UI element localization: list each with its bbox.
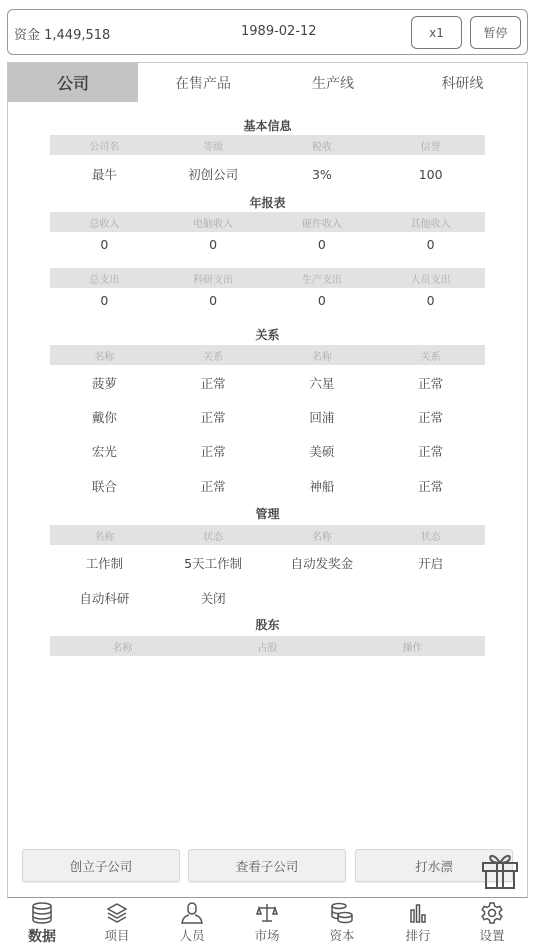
relations-header: 名称 关系 名称 关系 [50, 345, 485, 365]
coins-icon [330, 901, 354, 925]
tab-products-on-sale[interactable]: 在售产品 [138, 63, 268, 102]
person-icon [180, 901, 204, 925]
total-expense-value: 0 [50, 293, 159, 308]
header-hardware-income: 硬件收入 [268, 215, 377, 230]
tab-bar: 公司 在售产品 生产线 科研线 [8, 63, 527, 102]
relation-status: 正常 [376, 477, 485, 495]
table-row: 宏光 正常 美硕 正常 [50, 441, 485, 461]
nav-settings[interactable]: 设置 [462, 899, 522, 949]
relation-status: 正常 [376, 408, 485, 426]
header-tax: 税收 [268, 138, 377, 153]
table-row: 工作制 5天工作制 自动发奖金 开启 [50, 553, 485, 573]
status-bar: 资金 1,449,518 1989-02-12 x1 暂停 [7, 9, 528, 55]
nav-ranking-label: 排行 [388, 926, 448, 944]
nav-market[interactable]: 市场 [237, 899, 297, 949]
view-subsidiary-button[interactable]: 查看子公司 [188, 849, 346, 882]
nav-data-label: 数据 [12, 926, 72, 946]
expense-header: 总支出 科研支出 生产支出 人员支出 [50, 268, 485, 288]
header-staff-expense: 人员支出 [376, 271, 485, 286]
bottom-nav: 数据 项目 人员 市场 资本 [0, 899, 534, 949]
table-row: 戴你 正常 回浦 正常 [50, 407, 485, 427]
gear-icon [480, 901, 504, 925]
nav-capital-label: 资本 [312, 926, 372, 944]
basic-info-title: 基本信息 [50, 117, 485, 134]
company-name[interactable]: 戴你 [50, 408, 159, 426]
company-name[interactable]: 六星 [268, 374, 377, 392]
reputation-value: 100 [376, 167, 485, 182]
create-subsidiary-button[interactable]: 创立子公司 [22, 849, 180, 882]
setting-status[interactable]: 关闭 [159, 589, 268, 607]
company-name[interactable]: 菠萝 [50, 374, 159, 392]
company-name-value: 最牛 [50, 165, 159, 183]
income-row: 0 0 0 0 [50, 234, 485, 254]
scale-icon [255, 901, 279, 925]
relation-status: 正常 [159, 477, 268, 495]
header-relation: 关系 [159, 348, 268, 363]
header-name: 名称 [50, 528, 159, 543]
header-research-expense: 科研支出 [159, 271, 268, 286]
basic-info-header: 公司名 等级 税收 信誉 [50, 135, 485, 155]
table-row: 联合 正常 神船 正常 [50, 476, 485, 496]
table-row: 菠萝 正常 六星 正常 [50, 373, 485, 393]
header-name: 名称 [268, 348, 377, 363]
shareholders-header: 名称 占股 操作 [50, 636, 485, 656]
company-name[interactable]: 美硕 [268, 442, 377, 460]
total-income-value: 0 [50, 237, 159, 252]
pause-button[interactable]: 暂停 [470, 16, 521, 49]
header-status: 状态 [376, 528, 485, 543]
staff-expense-value: 0 [376, 293, 485, 308]
relation-status: 正常 [159, 442, 268, 460]
layers-icon [105, 901, 129, 925]
basic-info-row: 最牛 初创公司 3% 100 [50, 164, 485, 184]
header-other-income: 其他收入 [376, 215, 485, 230]
nav-capital[interactable]: 资本 [312, 899, 372, 949]
header-reputation: 信誉 [376, 138, 485, 153]
company-name[interactable]: 联合 [50, 477, 159, 495]
header-computer-income: 电脑收入 [159, 215, 268, 230]
nav-market-label: 市场 [237, 926, 297, 944]
header-relation: 关系 [376, 348, 485, 363]
management-header: 名称 状态 名称 状态 [50, 525, 485, 545]
relation-status: 正常 [159, 374, 268, 392]
computer-income-value: 0 [159, 237, 268, 252]
header-name: 名称 [268, 528, 377, 543]
production-expense-value: 0 [268, 293, 377, 308]
annual-report-title: 年报表 [50, 194, 485, 211]
nav-settings-label: 设置 [462, 926, 522, 944]
table-row: 自动科研 关闭 [50, 588, 485, 608]
speed-button[interactable]: x1 [411, 16, 462, 49]
hardware-income-value: 0 [268, 237, 377, 252]
header-operation: 操作 [340, 639, 485, 654]
header-status: 状态 [159, 528, 268, 543]
tax-value: 3% [268, 167, 377, 182]
research-expense-value: 0 [159, 293, 268, 308]
nav-ranking[interactable]: 排行 [388, 899, 448, 949]
tab-research-lines[interactable]: 科研线 [398, 63, 527, 102]
action-bar: 创立子公司 查看子公司 打水漂 [22, 849, 522, 883]
relations-title: 关系 [50, 326, 485, 343]
nav-staff-label: 人员 [162, 926, 222, 944]
company-name[interactable]: 宏光 [50, 442, 159, 460]
header-total-income: 总收入 [50, 215, 159, 230]
setting-name: 自动科研 [50, 589, 159, 607]
company-name[interactable]: 神船 [268, 477, 377, 495]
header-total-expense: 总支出 [50, 271, 159, 286]
income-header: 总收入 电脑收入 硬件收入 其他收入 [50, 212, 485, 232]
relation-status: 正常 [159, 408, 268, 426]
database-icon [30, 901, 54, 925]
header-name: 名称 [50, 348, 159, 363]
main-panel: 公司 在售产品 生产线 科研线 基本信息 公司名 等级 税收 信誉 最牛 初创公… [7, 62, 528, 898]
management-title: 管理 [50, 505, 485, 522]
bar-chart-icon [406, 901, 430, 925]
company-name[interactable]: 回浦 [268, 408, 377, 426]
nav-projects[interactable]: 项目 [87, 899, 147, 949]
nav-data[interactable]: 数据 [12, 899, 72, 949]
expense-row: 0 0 0 0 [50, 290, 485, 310]
game-date: 1989-02-12 [241, 24, 317, 39]
nav-staff[interactable]: 人员 [162, 899, 222, 949]
setting-status[interactable]: 5天工作制 [159, 554, 268, 572]
setting-name: 自动发奖金 [268, 554, 377, 572]
header-company-name: 公司名 [50, 138, 159, 153]
relation-status: 正常 [376, 374, 485, 392]
tab-company[interactable]: 公司 [8, 63, 138, 102]
header-production-expense: 生产支出 [268, 271, 377, 286]
header-share: 占股 [195, 639, 340, 654]
setting-name: 工作制 [50, 554, 159, 572]
nav-projects-label: 项目 [87, 926, 147, 944]
setting-status[interactable]: 开启 [376, 554, 485, 572]
other-income-value: 0 [376, 237, 485, 252]
header-name: 名称 [50, 639, 195, 654]
level-value: 初创公司 [159, 165, 268, 183]
tab-production-lines[interactable]: 生产线 [268, 63, 398, 102]
relation-status: 正常 [376, 442, 485, 460]
shareholders-title: 股东 [50, 616, 485, 633]
header-level: 等级 [159, 138, 268, 153]
gift-icon[interactable] [480, 851, 520, 889]
funds-display: 资金 1,449,518 [14, 24, 110, 43]
